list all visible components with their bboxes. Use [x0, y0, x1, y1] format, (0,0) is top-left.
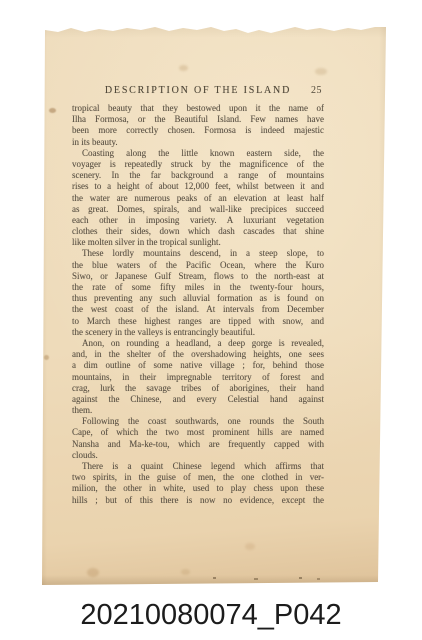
- text-line: clothes their sides, down which dash cas…: [72, 226, 324, 237]
- text-line: like molten silver in the tropical sunli…: [72, 237, 324, 248]
- text-line: two spirits, in the guise of men, the on…: [72, 472, 324, 483]
- text-line: Coasting along the little known eastern …: [72, 148, 324, 159]
- text-line: each other in imposing variety. A luxuri…: [72, 215, 324, 226]
- text-line: Nansha and Ma-ke-tou, which are frequent…: [72, 439, 324, 450]
- edge-speck: [317, 578, 320, 580]
- text-line: a dim outline of some native village ; f…: [72, 360, 324, 371]
- text-line: mountains, in their impregnable territor…: [72, 372, 324, 383]
- text-line: clouds.: [72, 450, 324, 461]
- text-line: Cape, of which the two most prominent hi…: [72, 427, 324, 438]
- fox-stain: [87, 568, 99, 577]
- text-line: the scenery in the valleys is entrancing…: [72, 327, 324, 338]
- fox-stain: [315, 68, 327, 75]
- text-line: crag, lurk the savage tribes of aborigin…: [72, 383, 324, 394]
- text-line: These lordly mountains descend, in a ste…: [72, 248, 324, 259]
- fox-stain: [44, 355, 49, 360]
- edge-speck: [299, 577, 302, 579]
- text-line: Anon, on rounding a headland, a deep gor…: [72, 338, 324, 349]
- text-line: thus preventing any such alluvial format…: [72, 293, 324, 304]
- text-line: voyager is repeatedly struck by the magn…: [72, 159, 324, 170]
- text-line: scenery. In the far background a range o…: [72, 170, 324, 181]
- text-line: There is a quaint Chinese legend which a…: [72, 461, 324, 472]
- text-line: Siwo, or Japanese Gulf Stream, flows to …: [72, 271, 324, 282]
- text-line: been more correctly chosen. Formosa is i…: [72, 125, 324, 136]
- text-line: the west coast of the island. At interva…: [72, 304, 324, 315]
- text-line: hills ; but of this there is now no evid…: [72, 495, 324, 506]
- text-line: Ilha Formosa, or the Beautiful Island. F…: [72, 114, 324, 125]
- fox-stain: [181, 569, 190, 575]
- text-line: rises to a height of about 12,000 feet, …: [72, 181, 324, 192]
- text-line: milion, the other in white, used to play…: [72, 483, 324, 494]
- book-page: DESCRIPTION OF THE ISLAND 25 tropical be…: [40, 24, 388, 586]
- scan-photo: DESCRIPTION OF THE ISLAND 25 tropical be…: [0, 0, 422, 640]
- fox-stain: [179, 65, 188, 71]
- text-line: Following the coast southwards, one roun…: [72, 416, 324, 427]
- text-line: against the Chinese, and every Celestial…: [72, 394, 324, 405]
- edge-speck: [254, 578, 258, 580]
- running-title: DESCRIPTION OF THE ISLAND: [72, 85, 324, 97]
- scan-id-caption: 20210080074_P042: [0, 598, 422, 632]
- text-line: and, in the shelter of the overshadowing…: [72, 349, 324, 360]
- text-line: them.: [72, 405, 324, 416]
- text-line: the blue waters of the Pacific Ocean, wh…: [72, 260, 324, 271]
- fox-stain: [49, 108, 56, 113]
- page-number: 25: [311, 85, 322, 97]
- text-line: as great. Domes, spirals, and wall-like …: [72, 204, 324, 215]
- fox-stain: [245, 543, 255, 550]
- text-line: the rate of some fifty miles in the twen…: [72, 282, 324, 293]
- text-line: the water are numerous peaks of an eleva…: [72, 193, 324, 204]
- page-header: DESCRIPTION OF THE ISLAND 25: [72, 85, 324, 97]
- text-line: in its beauty.: [72, 137, 324, 148]
- edge-speck: [213, 577, 216, 579]
- text-line: tropical beauty that they bestowed upon …: [72, 103, 324, 114]
- text-line: to March these highest ranges are tipped…: [72, 316, 324, 327]
- body-text: tropical beauty that they bestowed upon …: [72, 103, 324, 506]
